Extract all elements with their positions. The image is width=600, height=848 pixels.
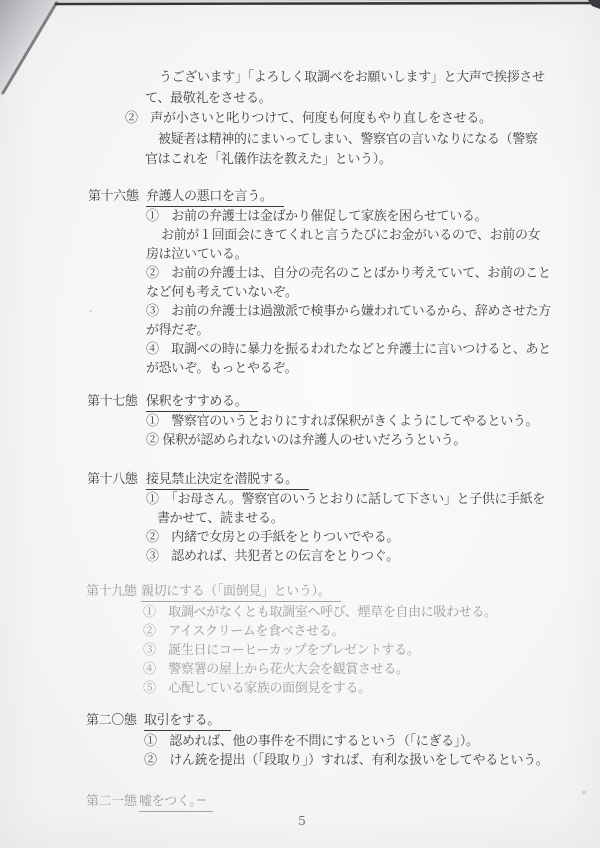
scanned-page: うございます」「よろしく取調べをお願いします」と大声で挨拶させて、最敬礼をさせる… (0, 0, 600, 848)
section-title: 保釈をすすめる。 (146, 394, 258, 412)
text-line: など何も考えていないぞ。 (146, 285, 298, 300)
text-line: て、最敬礼をさせる。 (145, 91, 271, 106)
section-title: 親切にする（「面倒見」という）。 (141, 584, 341, 602)
text-line: ⑤ 心配している家族の面倒見をする。 (143, 681, 371, 696)
text-line: お前が１回面会にきてくれと言うたびにお金がいるので、お前の女 (161, 228, 540, 243)
text-line: 官はこれを「礼儀作法を教えた」という）。 (145, 152, 392, 167)
section-label: 第二〇態 (86, 713, 137, 728)
text-line: が得だぞ。 (146, 323, 209, 338)
text-line: ② 内緒で女房との手紙をとりついでやる。 (146, 530, 399, 545)
text-line: ② アイスクリームを食べさせる。 (143, 624, 344, 639)
section-title: 接見禁止決定を潜脱する。 (146, 472, 309, 490)
text-line: ③ 誕生日にコーヒーカップをプレゼントする。 (143, 643, 419, 658)
section-title: 嘘をつく。 (139, 794, 213, 812)
section-title: 弁護人の悪口を言う。 (146, 189, 284, 207)
text-line: 房は泣いている。 (146, 247, 247, 262)
section-label: 第十八態 (87, 472, 138, 487)
section-title: 取引をする。 (144, 713, 231, 731)
text-line: 書かせて、読ませる。 (157, 511, 283, 526)
text-line: ④ 取調べの時に暴力を振るわれたなどと弁護士に言いつけると、あと (146, 342, 551, 357)
text-line: ② けん銃を提出（「段取り」）すれば、有利な扱いをしてやるという。 (144, 753, 548, 768)
section-label: 第二一態 (86, 794, 137, 809)
text-line: ② 声が小さいと叱りつけて、何度も何度もやり直しをさせる。 (125, 111, 492, 126)
text-line: ① 警察官のいうとおりにすれば保釈がきくようにしてやるという。 (146, 414, 538, 429)
text-line: ② お前の弁護士は、自分の売名のことばかり考えていて、お前のこと (146, 266, 551, 281)
text-line: ② 保釈が認められないのは弁護人のせいだろうという。 (146, 433, 466, 448)
text-line: ④ 警察署の屋上から花火大会を観賞させる。 (143, 662, 409, 677)
text-line: ① 認めれば、他の事件を不問にするという（「にぎる」）。 (144, 734, 479, 749)
page-number: 5 (292, 813, 312, 828)
text-line: ③ 認めれば、共犯者との伝言をとりつぐ。 (146, 549, 399, 564)
page-content: うございます」「よろしく取調べをお願いします」と大声で挨拶させて、最敬礼をさせる… (0, 0, 600, 848)
text-line: が恐いぞ。もっとやるぞ。 (146, 361, 297, 376)
text-line: 被疑者は精神的にまいってしまい、警察官の言いなりになる（警察 (158, 132, 538, 147)
text-line: ③ お前の弁護士は過激派で検事から嫌われているから、辞めさせた方 (146, 304, 551, 319)
section-label: 第十九態 (86, 584, 137, 599)
section-label: 第十六態 (88, 189, 139, 204)
text-line: ① 取調べがなくとも取調室へ呼び、煙草を自由に吸わせる。 (143, 605, 497, 620)
text-line: ① 「お母さん。警察官のいうとおりに話して下さい」と子供に手紙を (146, 492, 545, 507)
text-line: うございます」「よろしく取調べをお願いします」と大声で挨拶させ (159, 70, 545, 85)
section-label: 第十七態 (87, 394, 138, 409)
text-line: ① お前の弁護士は金ばかり催促して家族を困らせている。 (146, 209, 487, 224)
